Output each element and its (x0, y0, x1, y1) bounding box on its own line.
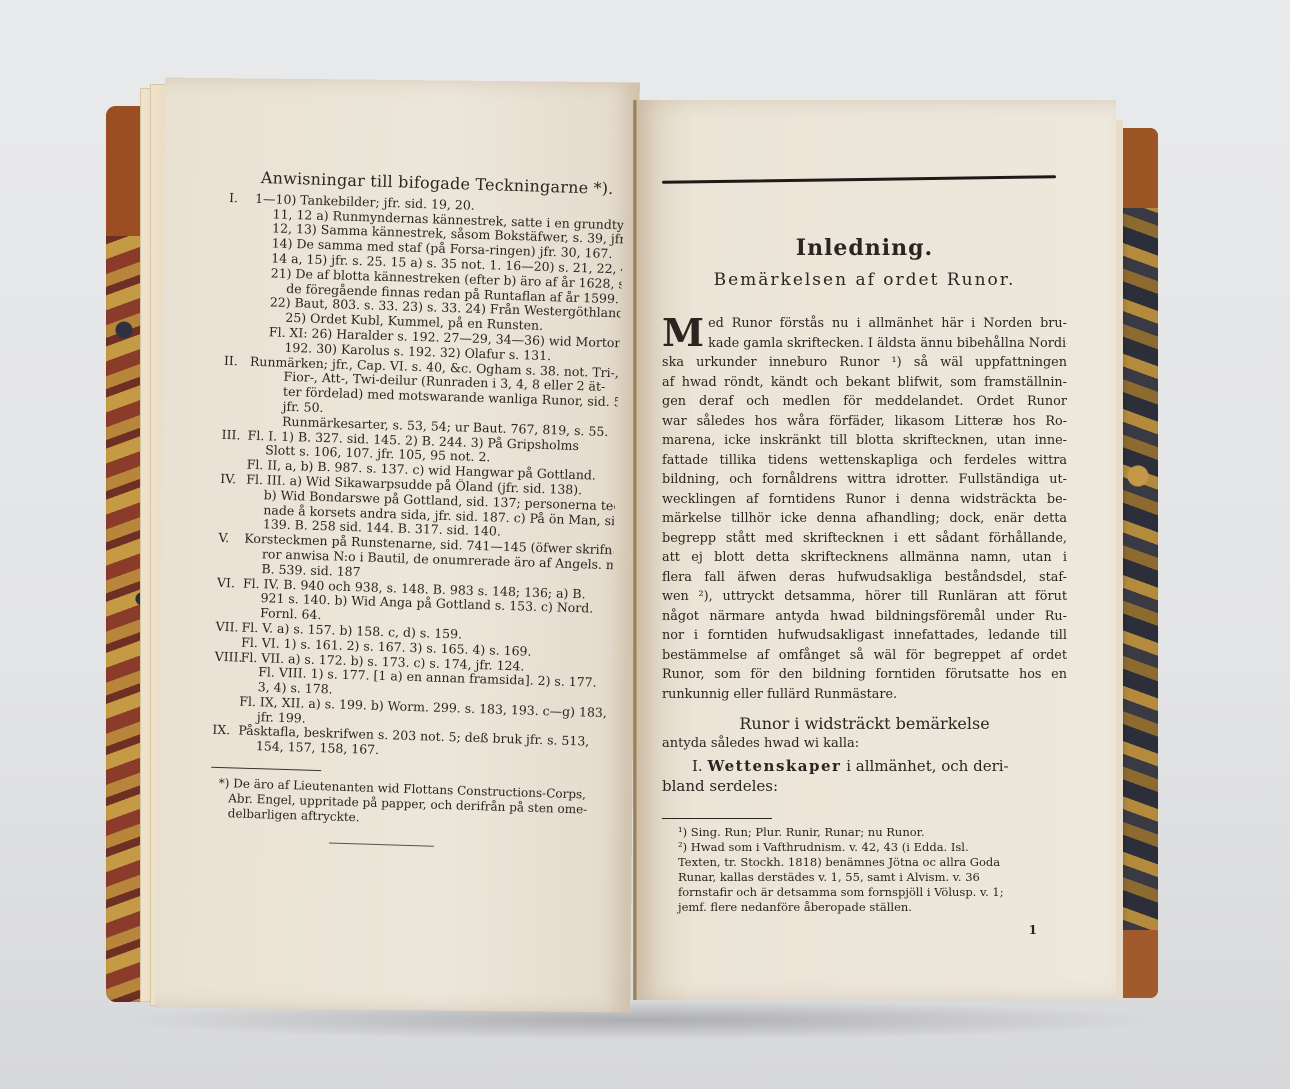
entry-number: II. (224, 353, 250, 369)
entry-number (222, 398, 248, 414)
footnote-line: Texten, tr. Stockh. 1818) benämnes Jötna… (678, 855, 1067, 870)
entry-number (221, 442, 247, 458)
entry-number: I. (229, 191, 255, 207)
body-line: runkunnig eller fullärd Runmästare. (662, 685, 1067, 705)
entry-number (222, 413, 248, 429)
entry-number: IX. (212, 723, 238, 739)
entry-number (214, 664, 240, 680)
entry-number (224, 339, 250, 355)
left-footnote: *) De äro af Lieutenanten wid Flottans C… (210, 776, 606, 833)
footnote-line: ²) Hwad som i Vafthrudnism. v. 42, 43 (i… (678, 840, 1067, 855)
entry-number: III. (221, 427, 247, 443)
body-text: M ed Runor förstås nu i allmänhet här i … (662, 314, 1067, 704)
body-line: bestämmelse af omfånget så wäl för begre… (662, 646, 1067, 666)
entry-number (213, 694, 239, 710)
entry-number (227, 250, 253, 266)
page-number: 1 (662, 921, 1067, 941)
entry-number: VII. (215, 620, 241, 636)
entry-number: V. (218, 531, 244, 547)
entry-number: IV. (220, 472, 246, 488)
body-line: ska urkunder inneburo Runor ¹) så wäl up… (662, 353, 1067, 373)
entries-list: I.1—10) Tankebilder; jfr. sid. 19, 20.11… (212, 191, 624, 765)
body-line: bildning, och fornåldrens wittra idrotte… (662, 470, 1067, 490)
entry-number (216, 590, 242, 606)
body-line: war således hos wåra förfäder, likasom L… (662, 412, 1067, 432)
drop-cap: M (662, 316, 704, 350)
left-page-text: Anwisningar till bifogade Teckningarne *… (209, 170, 625, 852)
left-cover-leather-corner (106, 106, 140, 236)
right-page-text: Inledning. Bemärkelsen af ordet Runor. M… (662, 178, 1067, 941)
body-line: wecklingen af forntidens Runor i denna w… (662, 490, 1067, 510)
entry-number (228, 206, 254, 222)
body-line: marena, icke inskränkt till blotta skrif… (662, 431, 1067, 451)
item-rest: i allmänhet, och deri- (841, 757, 1008, 775)
entry-number (226, 294, 252, 310)
entry-number (223, 383, 249, 399)
entry-number (217, 561, 243, 577)
entry-number (225, 309, 251, 325)
entry-number: VI. (217, 575, 243, 591)
body-line: kade gamla skriftecken. I äldsta ännu bi… (708, 334, 1067, 354)
right-cover-leather-corner-bottom (1118, 930, 1158, 998)
body-line: Runor, som för den bildning forntiden fö… (662, 665, 1067, 685)
item-bold-term: Wettenskaper (707, 757, 841, 775)
entry-number (212, 738, 238, 754)
chapter-title: Inledning. (662, 239, 1067, 259)
footnote-rule (211, 767, 321, 771)
footnote-line: ¹) Sing. Run; Plur. Runir, Runar; nu Run… (678, 825, 1067, 840)
entry-number: VIII. (214, 649, 240, 665)
list-item-1: I. Wettenskaper i allmänhet, och deri- (662, 757, 1067, 777)
body-line: begrepp stått med skriftecknen i ett såd… (662, 529, 1067, 549)
body-line: ed Runor förstås nu i allmänhet här i No… (708, 314, 1067, 334)
body-line: gen deraf och medlen för meddelandet. Or… (662, 392, 1067, 412)
entry-number (223, 368, 249, 384)
entry-number (227, 265, 253, 281)
footnote-line: fornstafir och är detsamma som fornspjöl… (678, 885, 1067, 900)
body-line: att ej blott detta skriftecknens allmänn… (662, 548, 1067, 568)
entry-number (226, 280, 252, 296)
entry-number (228, 220, 254, 236)
entry-number (220, 487, 246, 503)
right-cover-marbled (1118, 128, 1158, 998)
entry-number (219, 501, 245, 517)
item-continuation: bland serdeles: (662, 777, 1067, 797)
body-line: fattade tillika tidens wettenskapliga oc… (662, 451, 1067, 471)
section-heading: Runor i widsträckt bemärkelse (662, 714, 1067, 734)
body-line: märkelse tillhör icke denna afhandling; … (662, 509, 1067, 529)
footnote-rule (662, 818, 772, 819)
book-gutter (633, 100, 637, 1000)
chapter-subtitle: Bemärkelsen af ordet Runor. (662, 271, 1067, 291)
body-lines: ed Runor förstås nu i allmänhet här i No… (662, 314, 1067, 704)
footnote-line: jemf. flere nedanföre åberopade ställen. (678, 900, 1067, 915)
section-lead: antyda således hwad wi kalla: (662, 734, 1067, 754)
entry-number (215, 634, 241, 650)
right-cover-leather-corner-top (1118, 128, 1158, 208)
entry-number (225, 324, 251, 340)
body-line: af hwad röndt, kändt och bekant blifwit,… (662, 373, 1067, 393)
entry-number (218, 546, 244, 562)
right-footnotes: ¹) Sing. Run; Plur. Runir, Runar; nu Run… (662, 825, 1067, 915)
body-line: wen ²), uttryckt detsamma, hörer till Ru… (662, 587, 1067, 607)
entry-number (227, 235, 253, 251)
footnote-line: Runar, kallas derstädes v. 1, 55, samt i… (678, 870, 1067, 885)
body-line: något närmare antyda hwad bildningsförem… (662, 607, 1067, 627)
item-number: I. (692, 757, 703, 775)
body-line: nor i forntiden hufwudsakligast innefatt… (662, 626, 1067, 646)
entry-number (214, 679, 240, 695)
body-line: flera fall äfwen deras hufwudsakliga bes… (662, 568, 1067, 588)
